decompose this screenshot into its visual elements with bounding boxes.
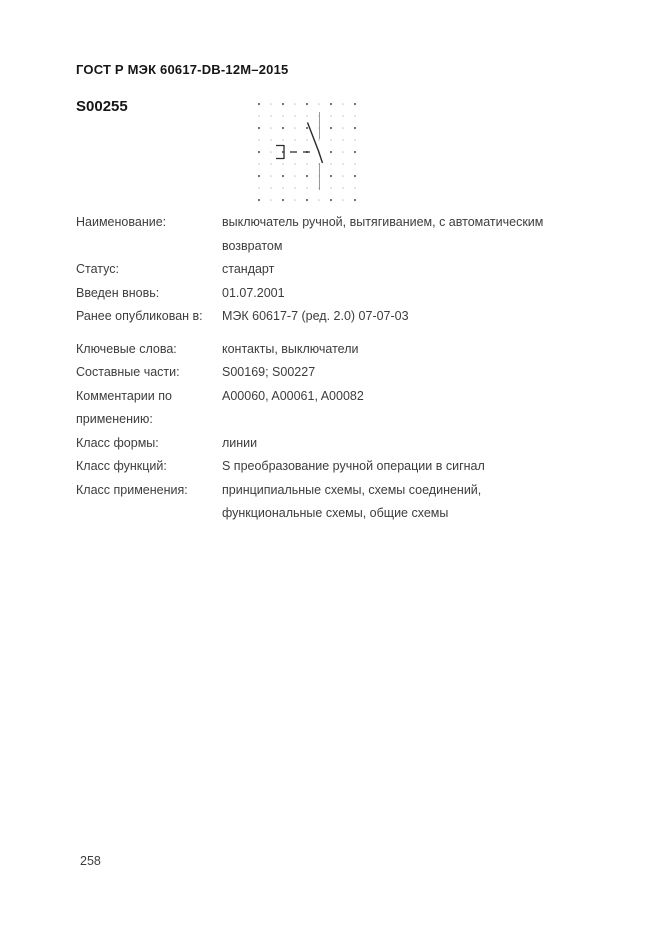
field-value: 01.07.2001 <box>222 282 587 306</box>
field-value: принципиальные схемы, схемы соединений, … <box>222 479 587 526</box>
field-value-line: возвратом <box>222 235 587 259</box>
field-row-components: Составные части: S00169; S00227 <box>76 361 596 385</box>
field-value: выключатель ручной, вытягиванием, с авто… <box>222 211 587 258</box>
field-row-keywords: Ключевые слова: контакты, выключатели <box>76 338 596 362</box>
field-label: Комментарии по применению: <box>76 385 222 432</box>
field-label: Класс функций: <box>76 455 222 479</box>
field-value-line: принципиальные схемы, схемы соединений, <box>222 479 587 503</box>
field-value: линии <box>222 432 587 456</box>
field-row-introduced: Введен вновь: 01.07.2001 <box>76 282 596 306</box>
field-value-line: функциональные схемы, общие схемы <box>222 502 587 526</box>
field-list: Наименование: выключатель ручной, вытяги… <box>76 211 596 526</box>
symbol-id: S00255 <box>76 98 128 115</box>
field-value: контакты, выключатели <box>222 338 587 362</box>
field-label: Ранее опубликован в: <box>76 305 222 329</box>
field-label: Ключевые слова: <box>76 338 222 362</box>
field-label: Наименование: <box>76 211 222 235</box>
field-row-name: Наименование: выключатель ручной, вытяги… <box>76 211 596 258</box>
field-label: Класс применения: <box>76 479 222 503</box>
field-value: стандарт <box>222 258 587 282</box>
page-title: ГОСТ Р МЭК 60617-DB-12M–2015 <box>76 62 288 77</box>
field-value-line: выключатель ручной, вытягиванием, с авто… <box>222 211 587 235</box>
field-label: Статус: <box>76 258 222 282</box>
field-row-application-class: Класс применения: принципиальные схемы, … <box>76 479 596 526</box>
symbol-figure <box>250 95 366 207</box>
field-value: S преобразование ручной операции в сигна… <box>222 455 587 479</box>
field-value: МЭК 60617-7 (ред. 2.0) 07-07-03 <box>222 305 587 329</box>
field-row-previously-published: Ранее опубликован в: МЭК 60617-7 (ред. 2… <box>76 305 596 329</box>
field-row-status: Статус: стандарт <box>76 258 596 282</box>
page-number: 258 <box>80 854 101 868</box>
field-label: Составные части: <box>76 361 222 385</box>
manual-pull-switch-symbol-icon <box>250 95 366 207</box>
field-value: S00169; S00227 <box>222 361 587 385</box>
field-label: Введен вновь: <box>76 282 222 306</box>
field-row-function-class: Класс функций: S преобразование ручной о… <box>76 455 596 479</box>
field-row-application-comments: Комментарии по применению: A00060, A0006… <box>76 385 596 432</box>
field-value: A00060, A00061, A00082 <box>222 385 587 409</box>
field-label: Класс формы: <box>76 432 222 456</box>
field-row-form-class: Класс формы: линии <box>76 432 596 456</box>
